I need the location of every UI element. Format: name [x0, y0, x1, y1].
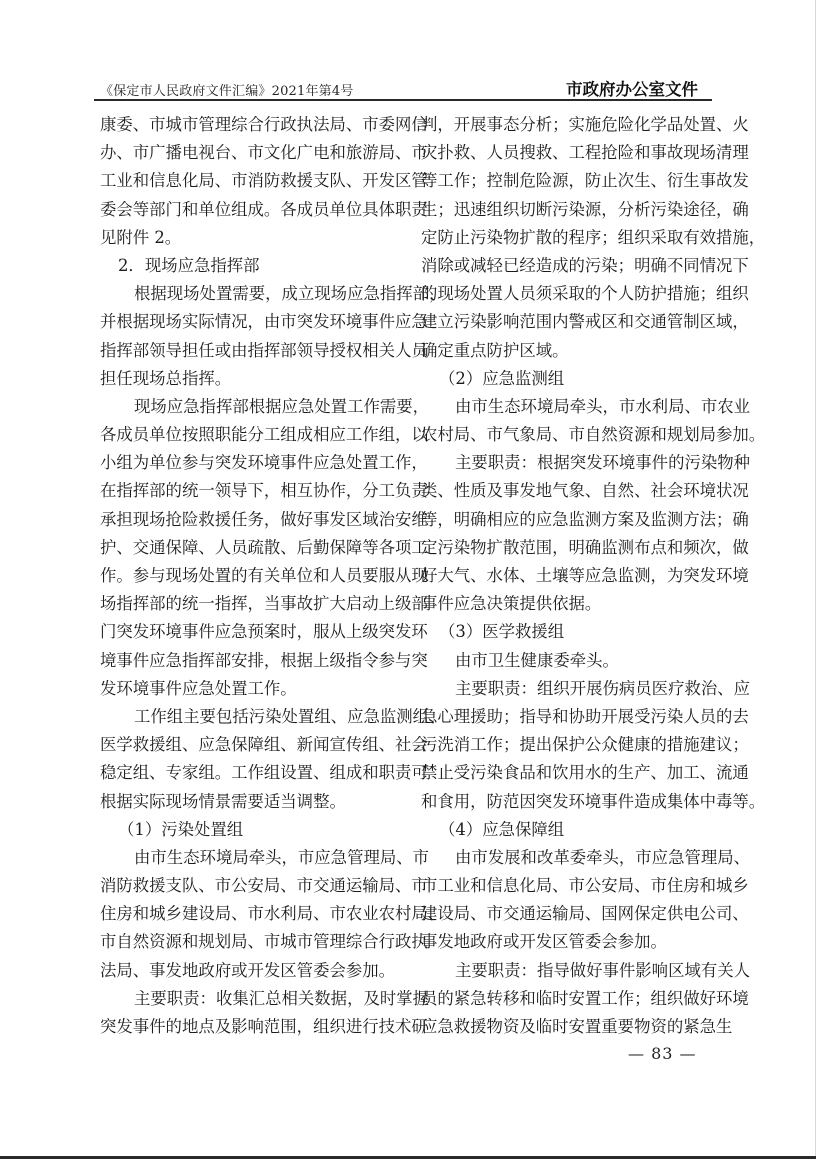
page-number: — 83 — [628, 1044, 697, 1063]
text-line: 类、性质及事发地气象、自然、社会环境状况 [421, 477, 710, 505]
text-line: 禁止受污染食品和饮用水的生产、加工、流通 [421, 759, 710, 787]
text-line: 农村局、市气象局、市自然资源和规划局参加。 [421, 421, 710, 449]
text-line: 突发事件的地点及影响范围，组织进行技术研 [100, 1013, 393, 1041]
text-line: 事件应急决策提供依据。 [421, 590, 710, 618]
running-header: 《保定市人民政府文件汇编》2021年第4号 市政府办公室文件 [94, 74, 712, 100]
text-line: 由市卫生健康委牵头。 [421, 647, 710, 675]
section-heading: （1）污染处置组 [100, 816, 393, 844]
text-line: 急心理援助；指导和协助开展受污染人员的去 [421, 703, 710, 731]
text-line: 市自然资源和规划局、市城市管理综合行政执 [100, 928, 393, 956]
text-line: 现场应急指挥部根据应急处置工作需要， [100, 393, 393, 421]
text-line: 担任现场总指挥。 [100, 365, 393, 393]
text-line: 事发地政府或开发区管委会参加。 [421, 928, 710, 956]
text-line: 办、市广播电视台、市文化广电和旅游局、市 [100, 139, 393, 167]
text-line: 承担现场抢险救援任务，做好事发区域治安维 [100, 506, 393, 534]
text-line: 消除或减轻已经造成的污染；明确不同情况下 [421, 252, 710, 280]
text-line: 员的紧急转移和临时安置工作；组织做好环境 [421, 985, 710, 1013]
text-line: 污洗消工作；提出保护公众健康的措施建议； [421, 731, 710, 759]
text-line: 主要职责：指导做好事件影响区域有关人 [421, 957, 710, 985]
text-line: 医学救援组、应急保障组、新闻宣传组、社会 [100, 731, 393, 759]
right-text-column: 判，开展事态分析；实施危险化学品处置、火灾扑救、人员搜救、工程抢险和事故现场清理… [421, 111, 710, 1041]
text-line: 和食用，防范因突发环境事件造成集体中毒等。 [421, 788, 710, 816]
text-line: 委会等部门和单位组成。各成员单位具体职责 [100, 196, 393, 224]
text-line: 在指挥部的统一领导下，相互协作，分工负责 [100, 477, 393, 505]
section-heading: 2．现场应急指挥部 [100, 252, 393, 280]
text-line: 稳定组、专家组。工作组设置、组成和职责可 [100, 759, 393, 787]
text-line: 指挥部领导担任或由指挥部领导授权相关人员 [100, 337, 393, 365]
text-line: 等，明确相应的应急监测方案及监测方法；确 [421, 506, 710, 534]
text-line: 并根据现场实际情况，由市突发环境事件应急 [100, 308, 393, 336]
text-line: 的现场处置人员须采取的个人防护措施；组织 [421, 280, 710, 308]
text-line: 建立污染影响范围内警戒区和交通管制区域， [421, 308, 710, 336]
text-line: 定防止污染物扩散的程序；组织采取有效措施， [421, 224, 710, 252]
text-line: 好大气、水体、土壤等应急监测，为突发环境 [421, 562, 710, 590]
text-line: 场指挥部的统一指挥，当事故扩大启动上级部 [100, 590, 393, 618]
text-line: 定污染物扩散范围，明确监测布点和频次，做 [421, 534, 710, 562]
section-heading: （4）应急保障组 [421, 816, 710, 844]
text-line: 住房和城乡建设局、市水利局、市农业农村局、 [100, 900, 393, 928]
text-line: 判，开展事态分析；实施危险化学品处置、火 [421, 111, 710, 139]
text-line: 小组为单位参与突发环境事件应急处置工作， [100, 449, 393, 477]
text-line: 工业和信息化局、市消防救援支队、开发区管 [100, 167, 393, 195]
left-text-column: 康委、市城市管理综合行政执法局、市委网信办、市广播电视台、市文化广电和旅游局、市… [100, 111, 393, 1041]
header-divider [94, 99, 712, 101]
text-line: 法局、事发地政府或开发区管委会参加。 [100, 957, 393, 985]
text-line: 主要职责：根据突发环境事件的污染物种 [421, 449, 710, 477]
text-line: 消防救援支队、市公安局、市交通运输局、市 [100, 872, 393, 900]
text-line: 门突发环境事件应急预案时，服从上级突发环 [100, 618, 393, 646]
text-line: 确定重点防护区域。 [421, 337, 710, 365]
text-line: 康委、市城市管理综合行政执法局、市委网信 [100, 111, 393, 139]
text-line: 生；迅速组织切断污染源，分析污染途径，确 [421, 196, 710, 224]
text-line: 见附件 2。 [100, 224, 393, 252]
text-line: 根据实际现场情景需要适当调整。 [100, 788, 393, 816]
text-line: 根据现场处置需要，成立现场应急指挥部， [100, 280, 393, 308]
text-line: 主要职责：组织开展伤病员医疗救治、应 [421, 675, 710, 703]
text-line: 等工作；控制危险源，防止次生、衍生事故发 [421, 167, 710, 195]
text-line: 护、交通保障、人员疏散、后勤保障等各项工 [100, 534, 393, 562]
text-line: 作。参与现场处置的有关单位和人员要服从现 [100, 562, 393, 590]
text-line: 灾扑救、人员搜救、工程抢险和事故现场清理 [421, 139, 710, 167]
section-title: 市政府办公室文件 [566, 76, 698, 100]
text-line: 建设局、市交通运输局、国网保定供电公司、 [421, 900, 710, 928]
text-line: 由市发展和改革委牵头，市应急管理局、 [421, 844, 710, 872]
text-line: 由市生态环境局牵头，市水利局、市农业 [421, 393, 710, 421]
text-line: 主要职责：收集汇总相关数据，及时掌握 [100, 985, 393, 1013]
publication-title: 《保定市人民政府文件汇编》2021年第4号 [100, 80, 354, 99]
text-line: 应急救援物资及临时安置重要物资的紧急生 [421, 1013, 710, 1041]
text-line: 发环境事件应急处置工作。 [100, 675, 393, 703]
text-line: 工作组主要包括污染处置组、应急监测组、 [100, 703, 393, 731]
section-heading: （3）医学救援组 [421, 618, 710, 646]
text-line: 市工业和信息化局、市公安局、市住房和城乡 [421, 872, 710, 900]
section-heading: （2）应急监测组 [421, 365, 710, 393]
text-line: 各成员单位按照职能分工组成相应工作组，以 [100, 421, 393, 449]
text-line: 境事件应急指挥部安排，根据上级指令参与突 [100, 647, 393, 675]
text-line: 由市生态环境局牵头，市应急管理局、市 [100, 844, 393, 872]
